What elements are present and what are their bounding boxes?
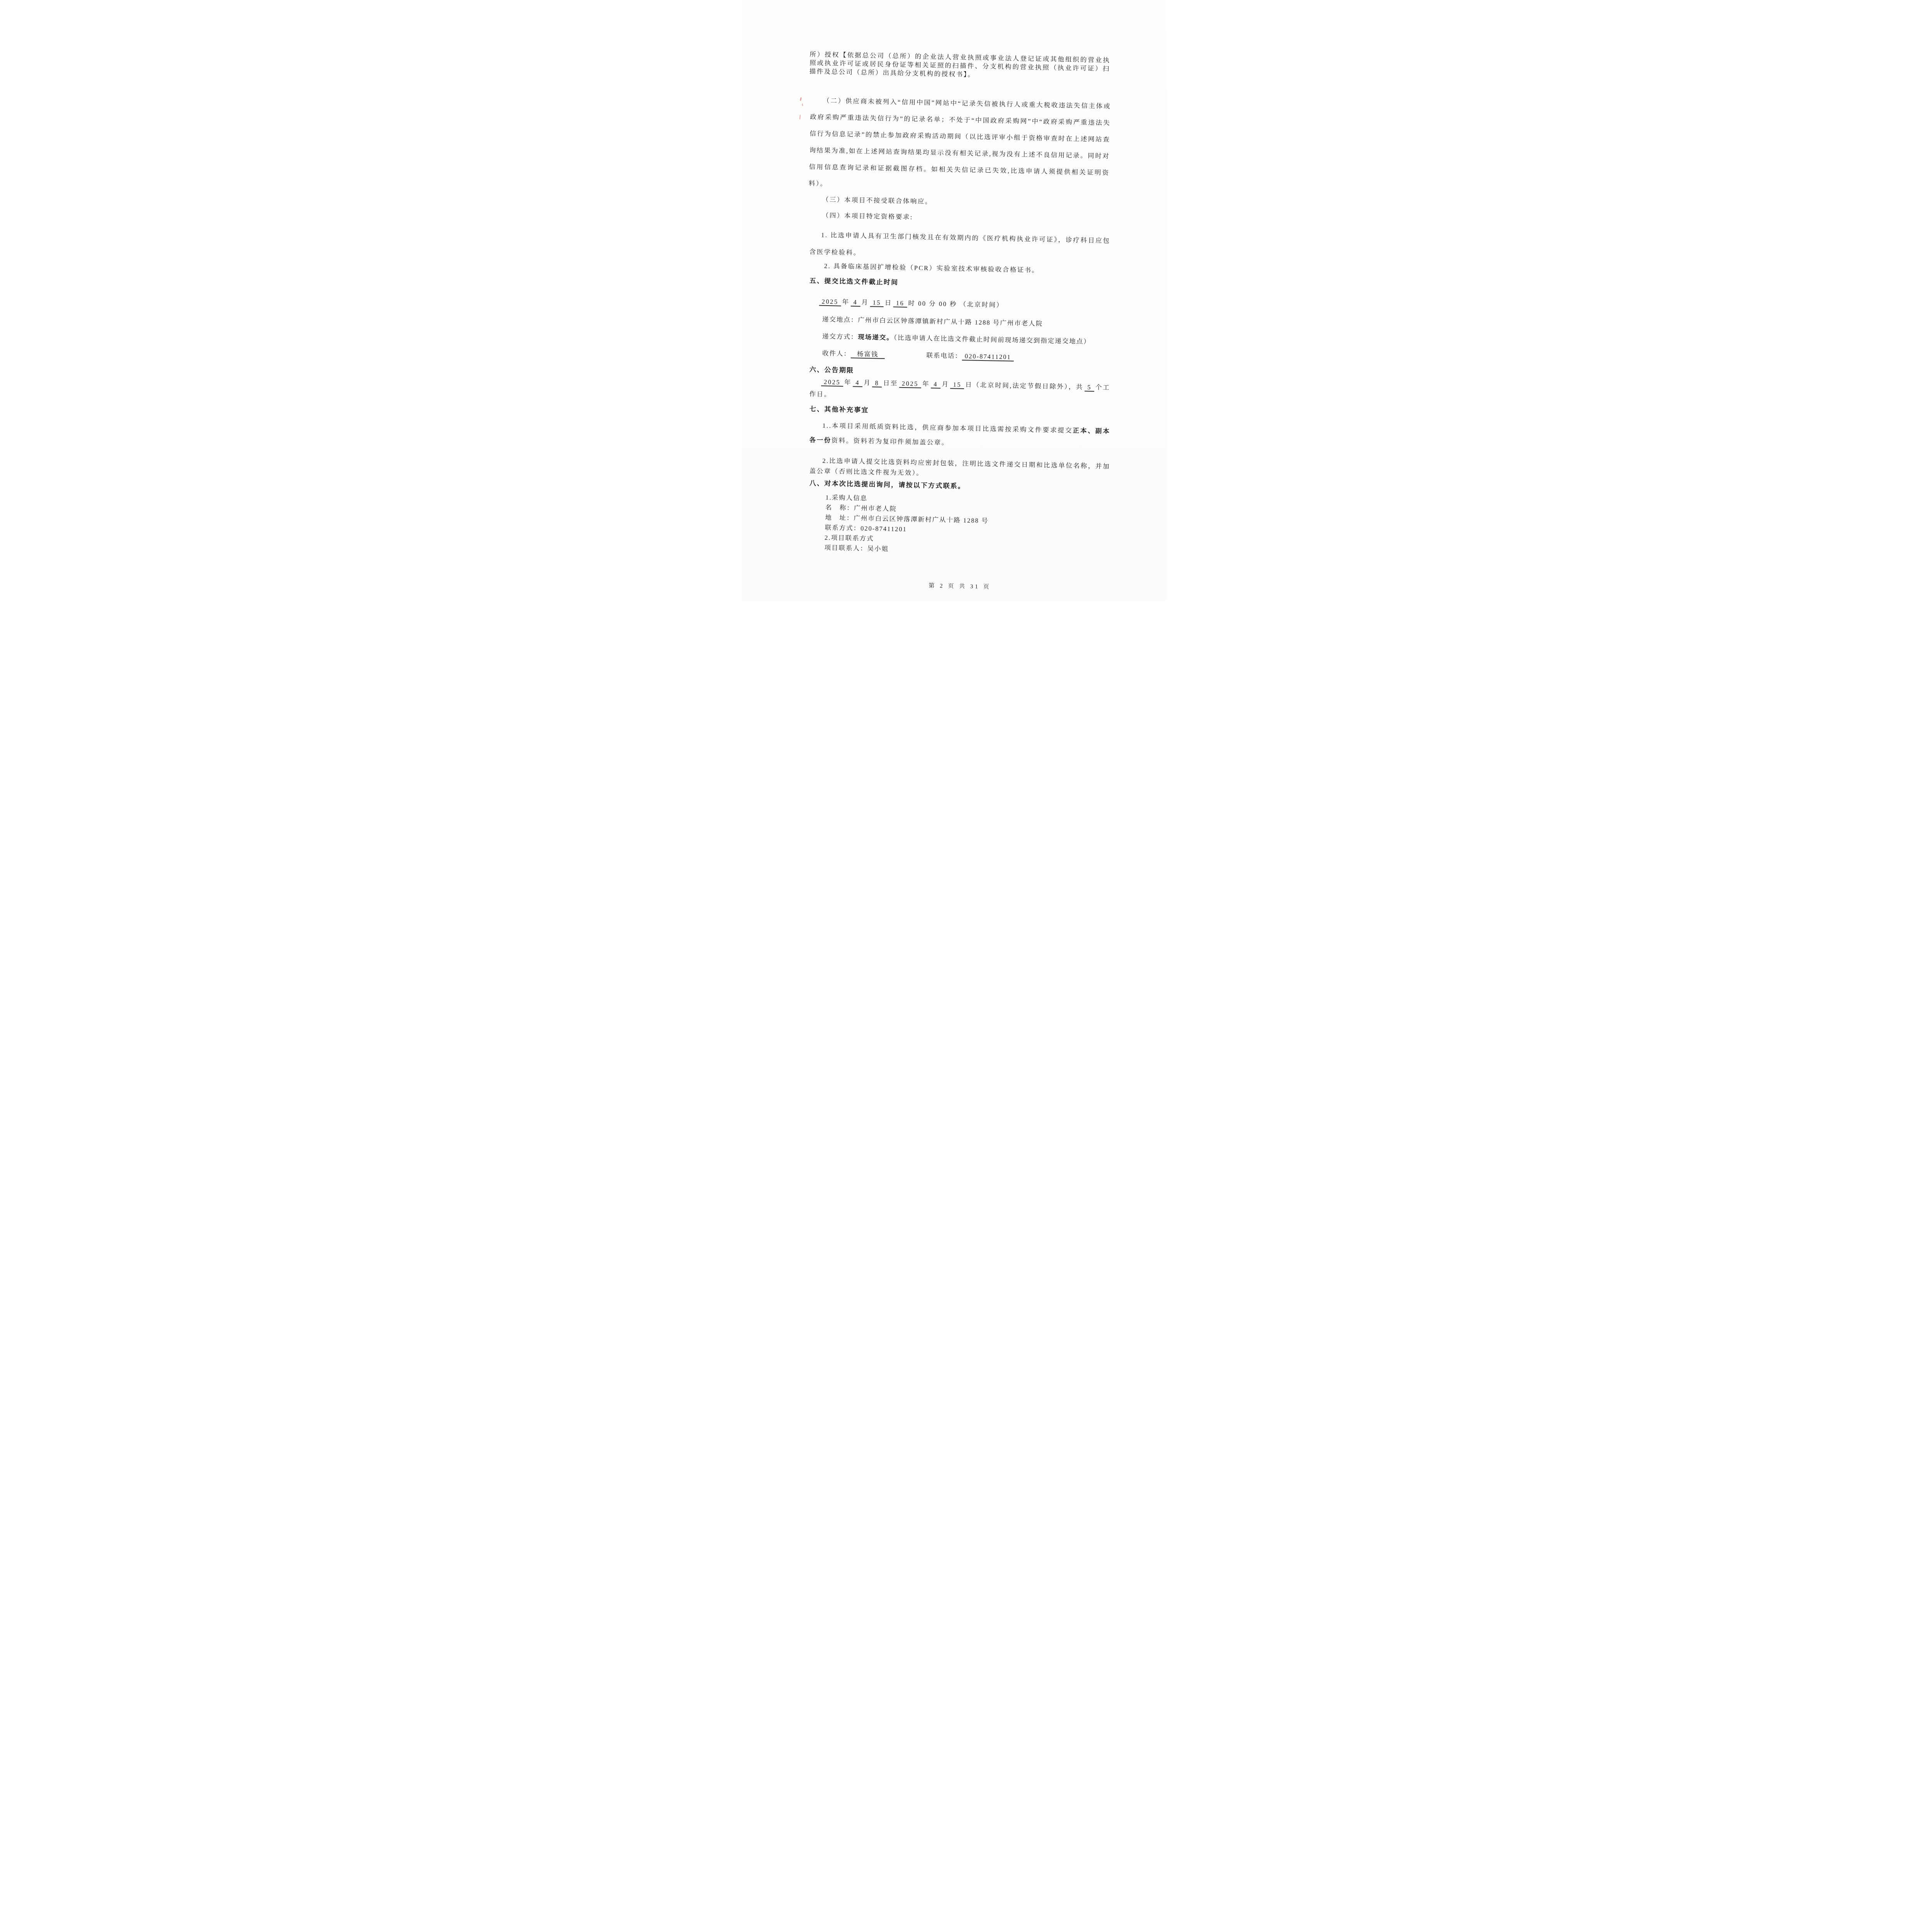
deadline-month-label: 月 [861,299,869,306]
period-tail: 日（北京时间,法定节假日除外），共 [965,381,1083,391]
submission-location-line: 递交地点：广州市白云区钟落潭镇新村广从十路 1288 号广州市老人院 [809,314,1110,329]
deadline-year: 2025 [819,298,841,306]
section-7-heading: 七、其他补充事宜 [809,403,1110,419]
period-label: 月 [863,379,871,386]
recipient-line: 收件人：杨富钱联系电话：020-87411201 [809,348,1110,363]
deadline-hour: 16 [893,299,907,308]
submission-method-note: （比选申请人在比选文件截止时间前现场递交到指定递交地点） [893,334,1090,345]
period-label: 年 [922,380,930,388]
document-page: 所）授权【依据总公司（总所）的企业法人营业执照或事业法人登记证或其他组织的营业执… [742,0,1167,601]
deadline-rest: 时 00 分 00 秒 （北京时间） [908,299,1003,309]
section-7-item-1: 1..本项目采用纸质资料比选，供应商参加本项目比选需按采购文件要求提交正本、副本… [809,418,1110,454]
item-1-text: 1..本项目采用纸质资料比选，供应商参加本项目比选需按采购文件要求提交 [822,422,1073,434]
deadline-day-label: 日 [884,299,892,306]
continued-paragraph: 所）授权【依据总公司（总所）的企业法人营业执照或事业法人登记证或其他组织的营业执… [809,50,1110,82]
submission-method-value: 现场递交。 [858,334,894,342]
page-number: 第 2 页 共 31 页 [809,579,1110,593]
period-label: 年 [844,379,852,386]
deadline-month: 4 [850,298,860,306]
period-from-month: 4 [853,379,862,387]
scan-artifact [799,115,801,119]
submission-location-label: 递交地点： [822,316,858,324]
section-7-item-2: 2.比选申请人提交比选资料均应密封包装，注明比选文件递交日期和比选单位名称，并加… [809,455,1110,482]
period-working-days: 5 [1084,383,1094,391]
submission-method-line: 递交方式：现场递交。（比选申请人在比选文件截止时间前现场递交到指定递交地点） [809,331,1110,346]
submission-location-value: 广州市白云区钟落潭镇新村广从十路 1288 号广州市老人院 [858,316,1043,328]
period-mid: 日至 [883,379,898,387]
recipient-name: 杨富钱 [850,350,884,359]
purchaser-info-block: 1.采购人信息 名 称：广州市老人院 地 址：广州市白云区钟落潭新村广从十路 1… [809,492,1126,559]
period-to-month: 4 [931,380,940,388]
period-label: 月 [941,381,949,388]
contact-phone: 020-87411201 [962,352,1014,362]
clause-4-line: （四）本项目特定资格要求: [809,210,1110,225]
phone-label: 联系电话： [926,352,962,360]
scan-artifact [800,97,802,101]
recipient-label: 收件人： [822,350,850,357]
announcement-period-line: 2025年4月8日至2025年4月15日（北京时间,法定节假日除外），共5个工作… [809,376,1110,406]
deadline-line: 2025年4月15日16时 00 分 00 秒 （北京时间） [809,296,1110,311]
clause-4-item-1: 1. 比选申请人具有卫生部门核发且在有效期内的《医疗机构执业许可证》，诊疗科目应… [809,226,1110,267]
period-from-day: 8 [872,379,882,387]
scan-artifact [802,104,803,106]
deadline-day: 15 [870,299,884,307]
period-to-year: 2025 [899,380,921,388]
deadline-year-label: 年 [842,298,849,306]
period-to-day: 15 [950,381,964,389]
clause-2-paragraph: （二）供应商未被列入“信用中国”网站中“记录失信被执行人或重大税收违法失信主体或… [808,92,1111,198]
section-5-heading: 五、提交比选文件截止时间 [809,275,1110,291]
submission-method-label: 递交方式： [822,333,858,341]
period-from-year: 2025 [821,378,843,387]
item-1-text-tail: 资料。资料若为复印件须加盖公章。 [831,437,949,446]
